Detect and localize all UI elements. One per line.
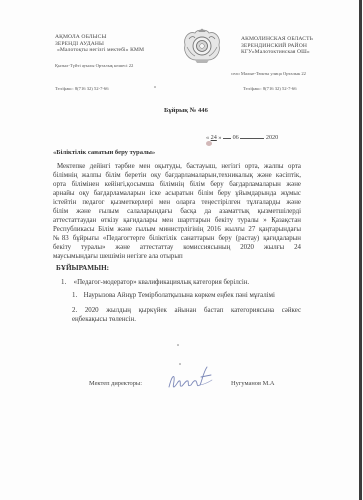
signature-label: Мектеп директоры: <box>89 380 142 387</box>
header-right-school: КГУ«Малотоктинская ОШ» <box>241 49 310 56</box>
scan-edge-line <box>359 0 362 500</box>
order-item-2-line-1: 2. 2020 жылдың қыркүйек айынан бастап ка… <box>72 306 301 315</box>
date-day: 24 <box>211 134 217 141</box>
handwritten-signature-icon <box>165 363 217 393</box>
body-line-10: бекіту туралы» және аттестаттау комиссия… <box>53 243 301 252</box>
header-left-phone: Тел/факс: 8(716 32) 52-7-66 <box>55 86 109 91</box>
orders-heading: БҰЙЫРАМЫН: <box>56 264 109 272</box>
document-page: АҚМОЛА ОБЛЫСЫ ЗЕРЕНДІ АУДАНЫ «Малотоқты … <box>0 0 363 500</box>
body-line-3: орта білімінен кейінгі,қосымша білімнің … <box>53 180 301 189</box>
header-left-school: «Малотоқты негізгі мектебі» КММ <box>57 47 144 54</box>
header-right-address: село Малые-Тюкты улица Орталык 22 <box>231 71 306 76</box>
signatory-name: Нугуманов М.А <box>231 380 275 387</box>
order-item-1-number: 1. <box>61 279 66 286</box>
body-line-4: арнайы оқу бағдарламаларын іске асыратын… <box>53 189 301 198</box>
scan-speck <box>154 86 156 88</box>
order-item-1-text: «Педагог-модератор» квалификациялық кате… <box>74 279 250 286</box>
order-subitem-1-text: Наурызова Айнұр Темірболатқызына көркем … <box>84 292 275 299</box>
body-line-7: аттестаттаудан өткізу қағидалары мен шар… <box>53 216 301 225</box>
date-close-quote: » <box>218 134 221 141</box>
body-line-2: білімнің жалпы білім беретін оқу бағдарл… <box>53 171 301 180</box>
date-blank-2 <box>240 138 264 139</box>
date-blank-1 <box>223 138 231 139</box>
header-left-address: Қызыл-Түйті ауылы Орталық көшесі 22 <box>55 63 133 68</box>
body-line-8: Республикасы Білім және ғылым министрліг… <box>53 225 301 234</box>
header-right-phone: Тел/факс: 8(716 32) 52-7-66 <box>243 86 297 91</box>
date-month: 06 <box>233 134 239 141</box>
order-item-2-line-2: еңбекақысы төленсін. <box>72 315 136 324</box>
order-title: Бұйрық № 446 <box>164 107 208 114</box>
date-year: 2020 <box>266 134 278 141</box>
order-item-1: 1. «Педагог-модератор» квалификациялық к… <box>61 278 249 287</box>
order-subject: «Біліктілік санатын беру туралы» <box>53 149 155 156</box>
body-line-1: Мектепке дейінгі тәрбие мен оқытуды, бас… <box>57 162 301 171</box>
body-line-6: білім және ғылым салаларындағы басқа да … <box>53 207 301 216</box>
date-open-quote: « <box>206 134 209 141</box>
kazakhstan-emblem-icon <box>181 27 223 65</box>
order-subitem-1: 1. Наурызова Айнұр Темірболатқызына көрк… <box>72 291 275 300</box>
stamp-mark <box>206 141 212 146</box>
body-line-5: істейтін педагог қызметкерлері мен оларғ… <box>53 198 301 207</box>
order-date: « 24 » 06 2020 <box>206 134 278 141</box>
order-subitem-1-number: 1. <box>72 292 77 299</box>
body-line-9: №83 бұйрығы «Педагогтерге біліктілік сан… <box>53 234 301 243</box>
body-line-11: маусымындағы шешімін негізге ала отырып <box>53 252 183 261</box>
scan-speck <box>177 344 179 346</box>
